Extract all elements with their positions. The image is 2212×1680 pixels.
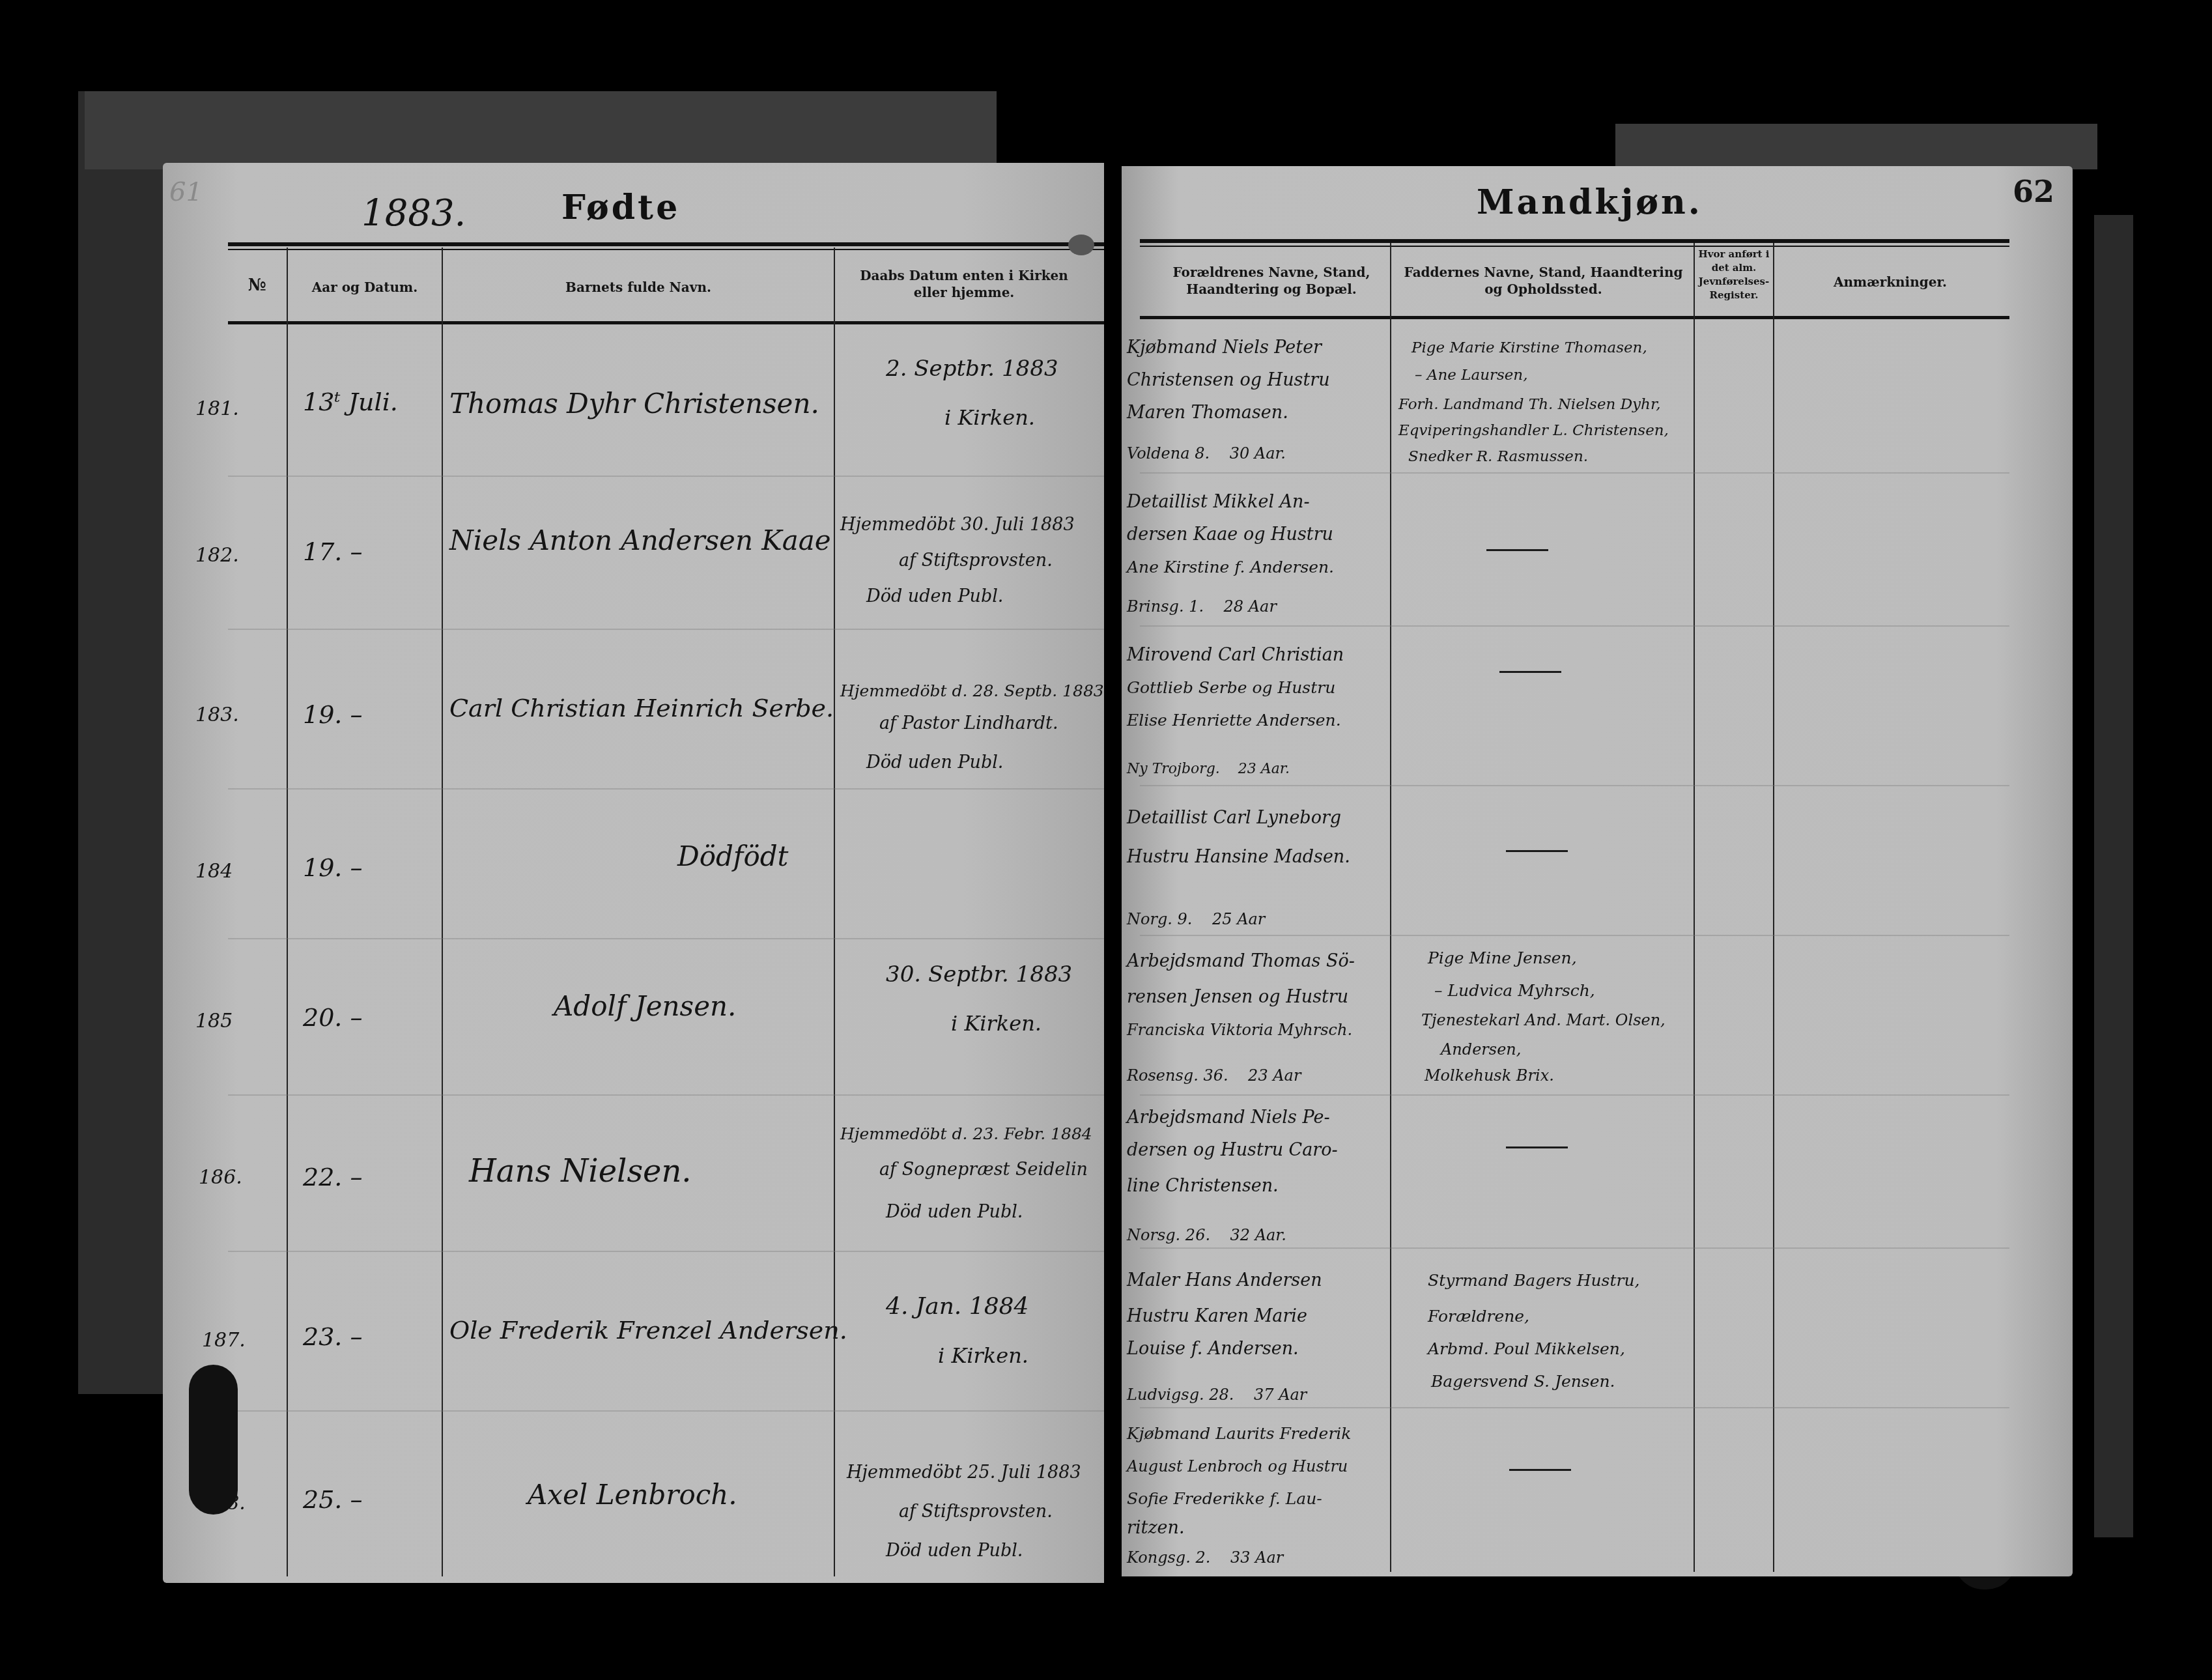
parents-line: Hustru Karen Marie: [1127, 1303, 1307, 1330]
child-name: Axel Lenbroch.: [528, 1479, 737, 1511]
col-divider: [1773, 243, 1774, 1572]
baptism-line: af Stiftsprovsten.: [899, 547, 1053, 575]
parents-line: Christensen og Hustru: [1127, 367, 1330, 394]
entry-number: 187.: [202, 1329, 246, 1352]
baptism-line: Död uden Publ.: [886, 1537, 1023, 1565]
baptism-line: 30. Septbr. 1883: [886, 961, 1072, 988]
baptism-line: Död uden Publ.: [866, 583, 1003, 610]
entry-number: 183.: [195, 704, 239, 726]
parents-line: line Christensen.: [1127, 1173, 1279, 1200]
header-child-name: Barnets fulde Navn.: [443, 279, 834, 296]
parents-line: Sofie Frederikke f. Lau-: [1127, 1485, 1322, 1513]
scanner-edge-right-top: [1615, 124, 2097, 169]
godparents-line: Andersen,: [1441, 1036, 1521, 1063]
parents-line: Kongsg. 2. 33 Aar: [1127, 1544, 1283, 1571]
entry-date: 17. –: [303, 537, 363, 566]
baptism-line: 4. Jan. 1884: [886, 1293, 1028, 1320]
godparents-none-dash: [1486, 549, 1548, 551]
header-parents: Forældrenes Navne, Stand, Haandtering og…: [1154, 264, 1389, 298]
baptism-line: i Kirken.: [938, 1342, 1028, 1369]
entry-date: 20. –: [303, 1003, 363, 1032]
parents-line: Kjøbmand Laurits Frederik: [1127, 1420, 1352, 1447]
header-godparents: Faddernes Navne, Stand, Haandtering og O…: [1395, 264, 1692, 298]
child-name: Niels Anton Andersen Kaae: [449, 524, 831, 556]
godparents-line: Eqviperingshandler L. Christensen,: [1398, 417, 1669, 444]
page-title-fodte: Fødte: [561, 188, 680, 227]
header-rule-bottom: [228, 321, 1104, 324]
godparents-line: Arbmd. Poul Mikkelsen,: [1428, 1335, 1625, 1363]
godparents-line: – Ane Laursen,: [1415, 362, 1528, 389]
baptism-line: 2. Septbr. 1883: [886, 355, 1058, 382]
child-name: Carl Christian Heinrich Serbe.: [449, 694, 834, 722]
parents-line: Hustru Hansine Madsen.: [1127, 844, 1350, 871]
parents-line: Ny Trojborg. 23 Aar.: [1127, 756, 1290, 783]
parents-line: Norsg. 26. 32 Aar.: [1127, 1221, 1286, 1249]
parents-line: Mirovend Carl Christian: [1127, 642, 1344, 669]
parents-line: August Lenbroch og Hustru: [1127, 1453, 1348, 1480]
godparents-line: – Ludvica Myhrsch,: [1434, 977, 1595, 1004]
godparents-none-dash: [1506, 1146, 1568, 1148]
right-page: Mandkjøn. 62 Forældrenes Navne, Stand, H…: [1122, 166, 2073, 1576]
parents-line: Ludvigsg. 28. 37 Aar: [1127, 1381, 1307, 1408]
godparents-line: Pige Mine Jensen,: [1428, 945, 1577, 972]
parents-line: Rosensg. 36. 23 Aar: [1127, 1062, 1301, 1089]
book-edge-blob-left: [189, 1365, 238, 1515]
parents-line: Arbejdsmand Niels Pe-: [1127, 1104, 1330, 1132]
page-title-mandkjon: Mandkjøn.: [1477, 182, 1703, 222]
parents-line: Brinsg. 1. 28 Aar: [1127, 593, 1277, 620]
entry-number: 181.: [195, 397, 239, 420]
godparents-line: Snedker R. Rasmussen.: [1408, 443, 1588, 470]
baptism-line: af Pastor Lindhardt.: [879, 710, 1058, 737]
parents-line: Arbejdsmand Thomas Sö-: [1127, 948, 1355, 975]
baptism-line: af Sognepræst Seidelin: [879, 1156, 1088, 1184]
year: 1883.: [362, 192, 466, 235]
scanner-edge-top: [85, 91, 997, 169]
baptism-line: Hjemmedöbt 25. Juli 1883: [847, 1459, 1081, 1487]
baptism-line: Död uden Publ.: [886, 1199, 1023, 1226]
godparents-line: Molkehusk Brix.: [1425, 1062, 1554, 1089]
baptism-line: Hjemmedöbt d. 28. Septb. 1883: [840, 677, 1104, 705]
child-name: Thomas Dyhr Christensen.: [449, 388, 819, 420]
header-date: Aar og Datum.: [290, 279, 440, 296]
parents-line: Elise Henriette Andersen.: [1127, 707, 1341, 734]
godparents-none-dash: [1509, 1469, 1571, 1471]
entry-date: 13ᵗ Juli.: [303, 388, 398, 416]
parents-line: Louise f. Andersen.: [1127, 1335, 1299, 1363]
parents-line: rensen Jensen og Hustru: [1127, 984, 1348, 1011]
col-divider: [1694, 243, 1695, 1572]
godparents-line: Pige Marie Kirstine Thomasen,: [1411, 334, 1647, 362]
baptism-line: Hjemmedöbt 30. Juli 1883: [840, 511, 1075, 539]
godparents-line: Bagersvend S. Jensen.: [1431, 1368, 1615, 1395]
col-divider: [442, 248, 443, 1576]
header-number: №: [228, 277, 287, 294]
entry-date: 25. –: [303, 1485, 363, 1514]
parents-line: Ane Kirstine f. Andersen.: [1127, 554, 1334, 581]
parents-line: ritzen.: [1127, 1515, 1185, 1542]
baptism-line: i Kirken.: [951, 1010, 1042, 1037]
col-divider: [1390, 243, 1391, 1572]
parents-line: Maren Thomasen.: [1127, 399, 1288, 427]
entry-date: 23. –: [303, 1322, 363, 1351]
faint-page-number: 61: [169, 177, 203, 207]
parents-line: Franciska Viktoria Myhrsch.: [1127, 1016, 1352, 1044]
header-rule-top-thin: [1140, 246, 2009, 247]
parents-line: dersen Kaae og Hustru: [1127, 521, 1333, 548]
header-baptism: Daabs Datum enten i Kirken eller hjemme.: [853, 267, 1075, 301]
left-page: 61 1883. Fødte № Aar og Datum. Barnets f…: [163, 163, 1104, 1583]
entry-number: 186.: [199, 1166, 242, 1189]
godparents-none-dash: [1506, 850, 1568, 852]
child-name: Ole Frederik Frenzel Andersen.: [449, 1316, 847, 1345]
baptism-line: i Kirken.: [944, 404, 1035, 431]
baptism-line: Död uden Publ.: [866, 749, 1003, 776]
parents-line: dersen og Hustru Caro-: [1127, 1137, 1338, 1164]
col-divider: [834, 248, 835, 1576]
header-rule-top-thin: [228, 249, 1104, 250]
col-divider: [287, 248, 288, 1576]
header-remarks: Anmærkninger.: [1780, 274, 2001, 291]
parents-line: Gottlieb Serbe og Hustru: [1127, 674, 1335, 702]
godparents-none-dash: [1499, 671, 1561, 673]
header-rule-top: [228, 242, 1104, 246]
baptism-line: af Stiftsprovsten.: [899, 1498, 1053, 1526]
parents-line: Norg. 9. 25 Aar: [1127, 905, 1265, 933]
parents-line: Detaillist Mikkel An-: [1127, 489, 1310, 516]
godparents-line: Forældrene,: [1428, 1303, 1529, 1330]
scanner-edge-right: [2094, 215, 2133, 1537]
godparents-line: Styrmand Bagers Hustru,: [1428, 1267, 1640, 1294]
entry-number: 185: [195, 1010, 233, 1032]
header-register: Hvor anført i det alm. Jevnførelses-Regi…: [1696, 248, 1772, 302]
header-rule-bottom: [1140, 316, 2009, 319]
entry-number: 182.: [195, 544, 239, 567]
page-number: 62: [2013, 174, 2054, 209]
entry-date: 22. –: [303, 1163, 363, 1191]
child-name: Hans Nielsen.: [469, 1153, 692, 1189]
entry-date: 19. –: [303, 853, 363, 882]
baptism-line: Hjemmedöbt d. 23. Febr. 1884: [840, 1120, 1092, 1148]
book-clasp-left: [1068, 235, 1094, 255]
godparents-line: Forh. Landmand Th. Nielsen Dyhr,: [1398, 391, 1661, 418]
child-name: Dödfödt: [677, 840, 788, 872]
parents-line: Detaillist Carl Lyneborg: [1127, 804, 1341, 832]
header-rule-top: [1140, 239, 2009, 243]
parents-line: Voldena 8. 30 Aar.: [1127, 440, 1286, 467]
child-name: Adolf Jensen.: [554, 990, 736, 1022]
godparents-line: Tjenestekarl And. Mart. Olsen,: [1421, 1006, 1666, 1034]
parents-line: Kjøbmand Niels Peter: [1127, 334, 1322, 362]
entry-number: 184: [195, 860, 233, 883]
parents-line: Maler Hans Andersen: [1127, 1267, 1322, 1294]
entry-date: 19. –: [303, 700, 363, 729]
